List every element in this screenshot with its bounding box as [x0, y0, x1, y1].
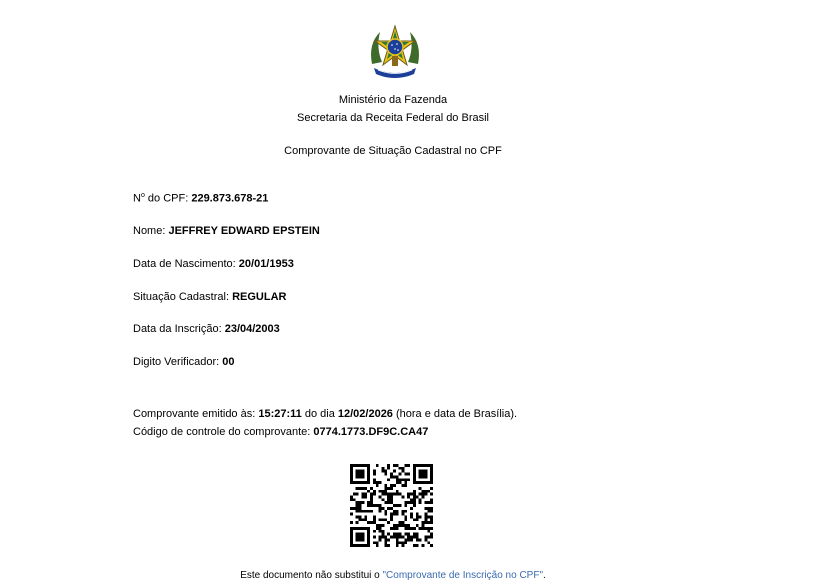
inscricao-field: Data da Inscrição: 23/04/2003 — [133, 323, 280, 335]
ministry-name: Ministério da Fazenda — [0, 94, 786, 106]
control-code-line: Código de controle do comprovante: 0774.… — [133, 426, 428, 438]
control-label: Código de controle do comprovante: — [133, 426, 313, 438]
footer-end: . — [543, 570, 546, 581]
nome-field: Nome: JEFFREY EDWARD EPSTEIN — [133, 225, 320, 237]
inscricao-label: Data da Inscrição: — [133, 323, 225, 335]
secretariat-name: Secretaria da Receita Federal do Brasil — [0, 112, 786, 124]
cpf-label-suffix: do CPF: — [145, 193, 191, 205]
control-code: 0774.1773.DF9C.CA47 — [313, 426, 428, 438]
emission-suffix: (hora e data de Brasília). — [393, 408, 517, 420]
nome-value: JEFFREY EDWARD EPSTEIN — [168, 225, 319, 237]
nome-label: Nome: — [133, 225, 168, 237]
nascimento-value: 20/01/1953 — [239, 258, 294, 270]
emission-line: Comprovante emitido às: 15:27:11 do dia … — [133, 408, 517, 420]
emission-prefix: Comprovante emitido às: — [133, 408, 258, 420]
situacao-field: Situação Cadastral: REGULAR — [133, 291, 286, 303]
footer-note: Este documento não substitui o "Comprova… — [0, 570, 786, 581]
emission-date: 12/02/2026 — [338, 408, 393, 420]
brazil-coat-of-arms-icon — [366, 24, 424, 80]
nascimento-field: Data de Nascimento: 20/01/1953 — [133, 258, 294, 270]
inscricao-value: 23/04/2003 — [225, 323, 280, 335]
situacao-value: REGULAR — [232, 291, 286, 303]
emission-middle: do dia — [302, 408, 338, 420]
digito-value: 00 — [222, 356, 234, 368]
cpf-field: No do CPF: 229.873.678-21 — [133, 192, 268, 205]
situacao-label: Situação Cadastral: — [133, 291, 232, 303]
cpf-label-prefix: N — [133, 193, 141, 205]
digito-field: Digito Verificador: 00 — [133, 356, 235, 368]
cpf-value: 229.873.678-21 — [191, 193, 268, 205]
emission-time: 15:27:11 — [258, 408, 301, 420]
document-title: Comprovante de Situação Cadastral no CPF — [0, 145, 786, 157]
comprovante-inscricao-link[interactable]: "Comprovante de Inscrição no CPF" — [383, 570, 544, 581]
digito-label: Digito Verificador: — [133, 356, 222, 368]
qr-code-icon — [350, 464, 433, 547]
footer-text: Este documento não substitui o — [240, 570, 382, 581]
nascimento-label: Data de Nascimento: — [133, 258, 239, 270]
